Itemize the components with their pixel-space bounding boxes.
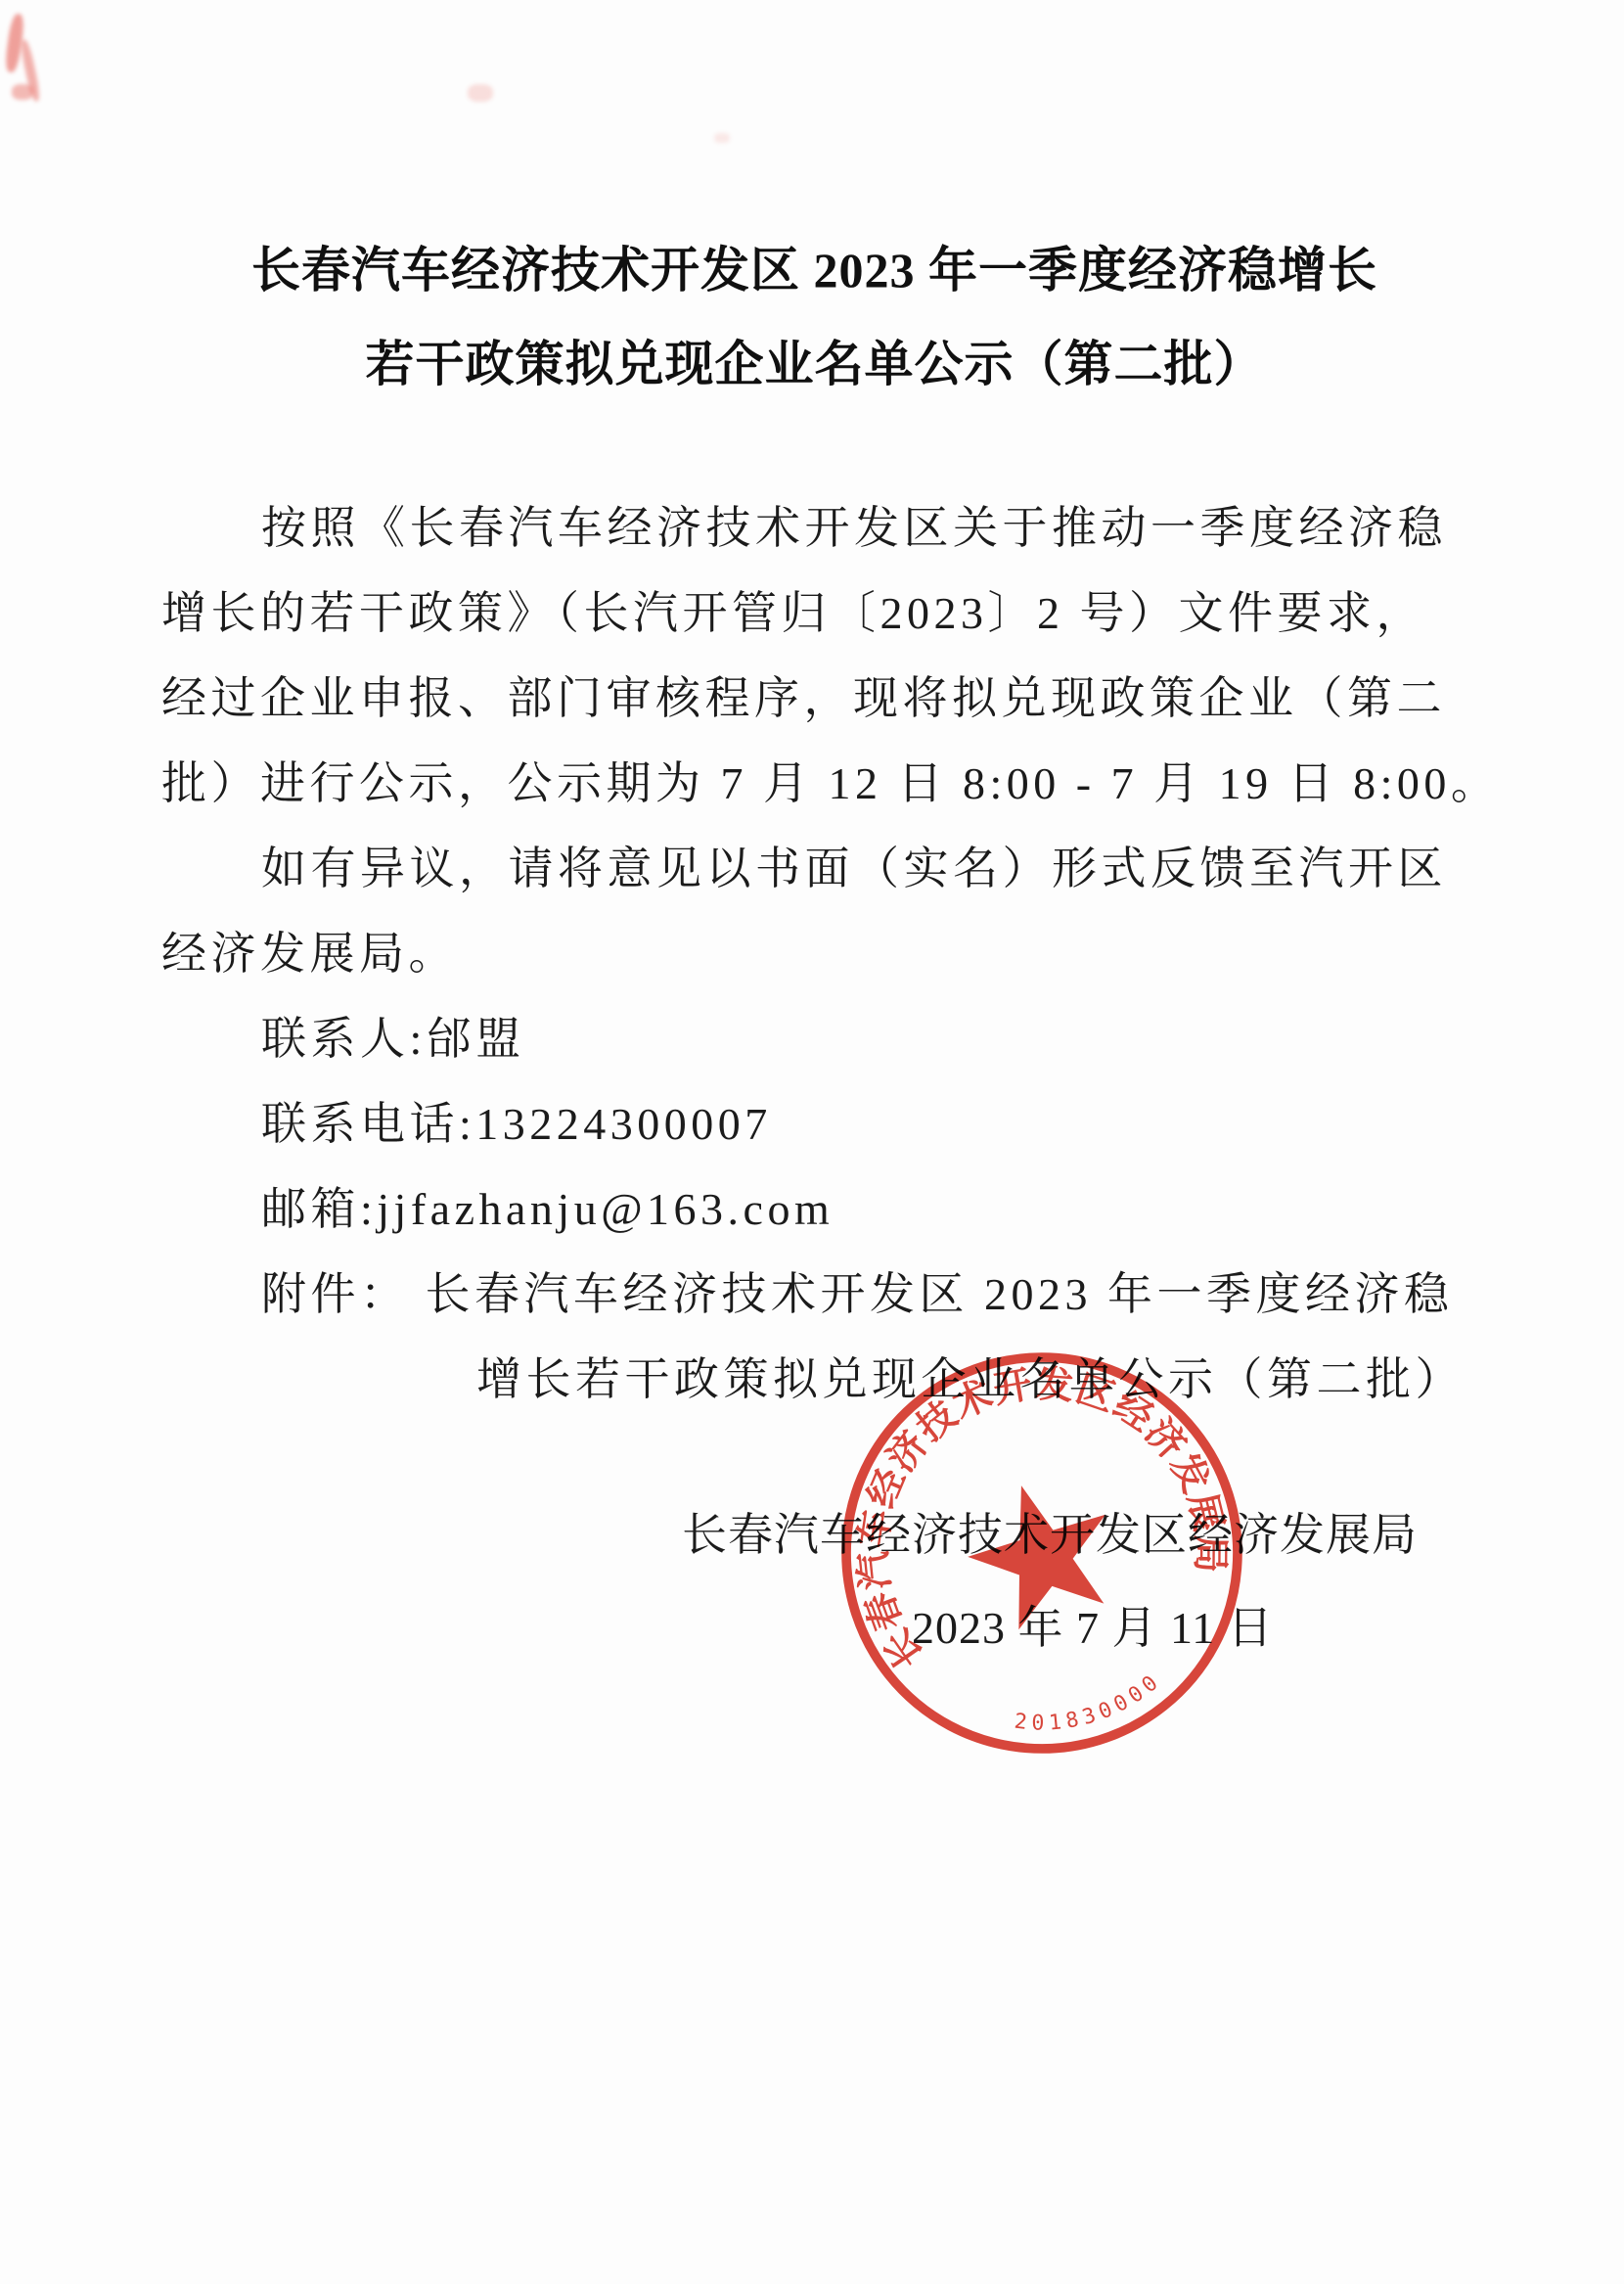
paragraph1-line-4: 批）进行公示，公示期为 7 月 12 日 8:00 - 7 月 19 日 8:0…: [161, 741, 1467, 826]
document-content: 长春汽车经济技术开发区 2023 年一季度经济稳增长 若干政策拟兑现企业名单公示…: [161, 0, 1467, 1674]
contact-email-line: 邮箱:jjfazhanju@163.com: [161, 1166, 1467, 1252]
title-line-1: 长春汽车经济技术开发区 2023 年一季度经济稳增长: [161, 223, 1467, 317]
scan-artifact: [714, 133, 730, 143]
title-line-2: 若干政策拟兑现企业名单公示（第二批）: [161, 317, 1467, 411]
paragraph2-line-1: 如有异议，请将意见以书面（实名）形式反馈至汽开区: [161, 826, 1467, 911]
document-page: 长春汽车经济技术开发区 2023 年一季度经济稳增长 若干政策拟兑现企业名单公示…: [0, 0, 1624, 2284]
contact-person-line: 联系人:邰盟: [161, 996, 1467, 1081]
signature-date: 2023 年 7 月 11 日: [912, 1581, 1467, 1674]
document-body: 按照《长春汽车经济技术开发区关于推动一季度经济稳 增长的若干政策》（长汽开管归〔…: [161, 485, 1467, 1422]
paragraph2-line-2: 经济发展局。: [161, 911, 1467, 996]
document-title: 长春汽车经济技术开发区 2023 年一季度经济稳增长 若干政策拟兑现企业名单公示…: [161, 223, 1467, 411]
scan-artifact: [468, 84, 493, 102]
signature-block: 长春汽车经济技术开发区经济发展局 2023 年 7 月 11 日: [161, 1488, 1467, 1674]
attachment-line-1: 附件： 长春汽车经济技术开发区 2023 年一季度经济稳: [161, 1252, 1467, 1337]
contact-phone-line: 联系电话:13224300007: [161, 1081, 1467, 1166]
scan-artifact: [12, 84, 33, 100]
attachment-line-2: 增长若干政策拟兑现企业名单公示（第二批）: [161, 1337, 1467, 1422]
signature-org: 长春汽车经济技术开发区经济发展局: [682, 1488, 1467, 1581]
paragraph1-line-2: 增长的若干政策》（长汽开管归〔2023〕2 号）文件要求，: [161, 571, 1467, 656]
paragraph1-line-3: 经过企业申报、部门审核程序，现将拟兑现政策企业（第二: [161, 656, 1467, 741]
paragraph1-line-1: 按照《长春汽车经济技术开发区关于推动一季度经济稳: [161, 485, 1467, 571]
